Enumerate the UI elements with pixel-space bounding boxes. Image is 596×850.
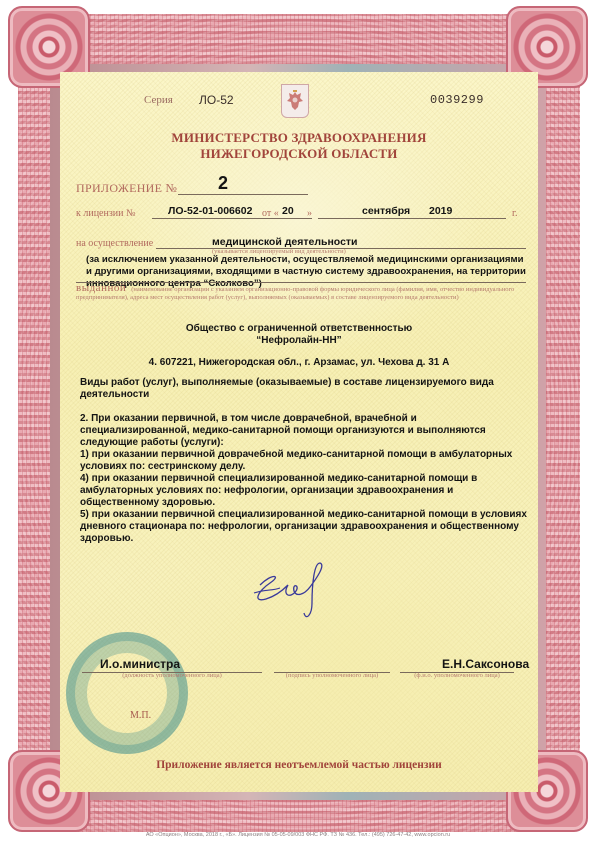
month-year-underline: [318, 218, 506, 219]
signature-caption: (подпись уполномоченного лица): [274, 672, 390, 680]
annex-number: 2: [218, 173, 228, 194]
issued-caption: (наименование организации с указанием ор…: [76, 286, 514, 301]
license-year: 2019: [429, 205, 452, 217]
services-block: 2. При оказании первичной, в том числе д…: [80, 413, 528, 545]
organization-line-1: Общество с ограниченной ответственностью: [60, 323, 538, 335]
activity-label: на осуществление: [76, 238, 153, 249]
service-item: 1) при оказании первичной доврачебной ме…: [80, 449, 528, 473]
date-close: »: [307, 208, 312, 219]
series-value: ЛО-52: [199, 93, 234, 107]
day-underline: [278, 218, 304, 219]
year-suffix: г.: [512, 208, 517, 219]
seal-label: М.П.: [130, 710, 151, 721]
series-label: Серия: [144, 94, 173, 106]
issued-row: выданной(наименование организации с указ…: [76, 284, 526, 302]
service-item: 5) при оказании первичной специализирова…: [80, 509, 528, 545]
license-annex-document: Серия ЛО-52 0039299 МИНИСТЕРСТВО ЗДРАВОО…: [60, 72, 538, 792]
position-caption: (должность уполномоченного лица): [82, 672, 262, 680]
coat-of-arms-icon: [281, 84, 309, 118]
annex-underline: [178, 194, 308, 195]
issued-label: выданной: [76, 282, 126, 294]
exception-underline: [76, 282, 526, 283]
issuer-line-2: НИЖЕГОРОДСКОЙ ОБЛАСТИ: [60, 146, 538, 162]
issuer-line-1: МИНИСТЕРСТВО ЗДРАВООХРАНЕНИЯ: [60, 130, 538, 146]
date-prefix: от «: [262, 208, 279, 219]
license-day: 20: [282, 205, 294, 217]
works-heading: Виды работ (услуг), выполняемые (оказыва…: [80, 377, 528, 401]
annex-label: ПРИЛОЖЕНИЕ №: [76, 181, 177, 196]
annex-footer-note: Приложение является неотъемлемой частью …: [60, 759, 538, 771]
name-caption: (ф.и.о. уполномоченного лица): [400, 672, 514, 680]
printer-imprint: АО «Опцион», Москва, 2018 г., «Б». Лицен…: [0, 832, 596, 838]
issuing-authority: МИНИСТЕРСТВО ЗДРАВООХРАНЕНИЯ НИЖЕГОРОДСК…: [60, 130, 538, 162]
organization-address: 4. 607221, Нижегородская обл., г. Арзама…: [60, 357, 538, 368]
serial-number: 0039299: [430, 93, 484, 107]
signatory-position: И.о.министра: [100, 657, 180, 671]
license-number: ЛО-52-01-006602: [168, 205, 252, 217]
organization-line-2: “Нефролайн-НН”: [60, 335, 538, 347]
activity-value: медицинской деятельности: [212, 236, 358, 248]
organization-name: Общество с ограниченной ответственностью…: [60, 323, 538, 347]
license-label: к лицензии №: [76, 208, 136, 219]
service-item: 4) при оказании первичной специализирова…: [80, 473, 528, 509]
services-intro: 2. При оказании первичной, в том числе д…: [80, 413, 528, 449]
license-month: сентября: [362, 205, 410, 217]
signature-icon: [232, 555, 352, 625]
official-seal: [66, 632, 188, 754]
signatory-name: Е.Н.Саксонова: [442, 657, 529, 671]
